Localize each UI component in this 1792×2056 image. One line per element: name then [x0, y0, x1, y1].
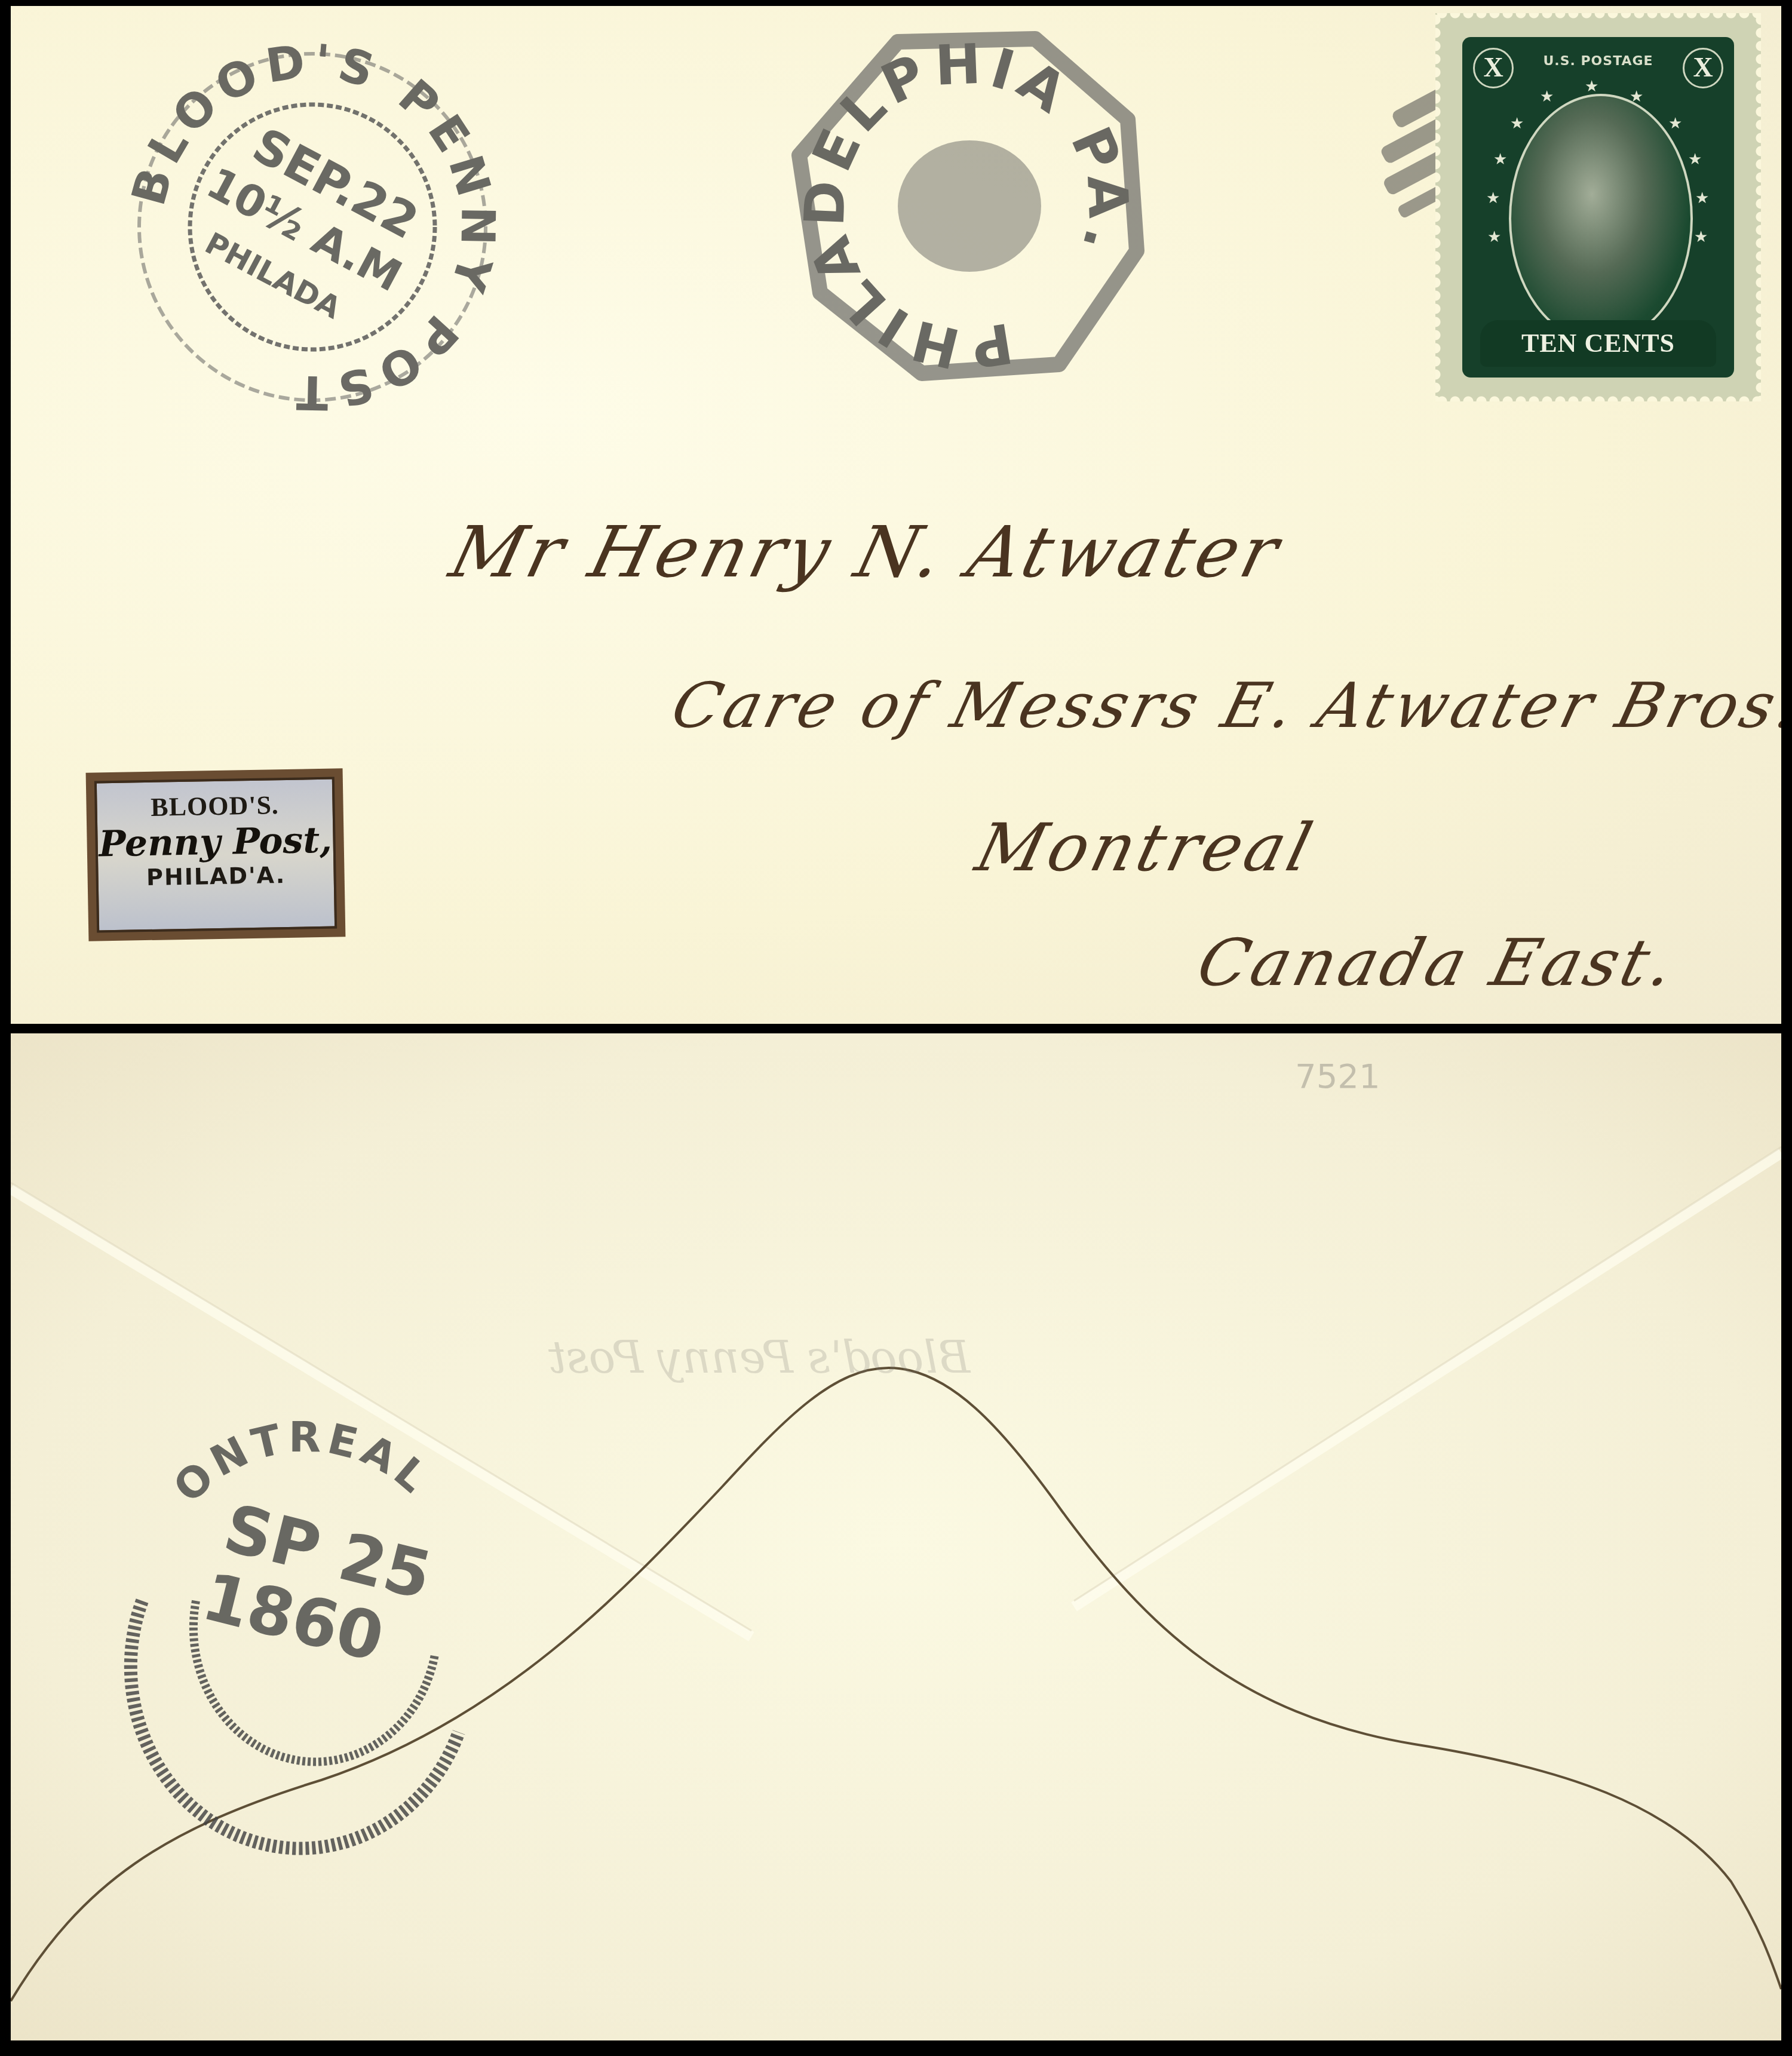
philadelphia-octagon-postmark: PHILADELPHIA PA. [784, 30, 1149, 382]
address-line-region: Canada East. [1190, 926, 1684, 1001]
label-line-2: Penny Post, [97, 820, 333, 866]
label-line-1: BLOOD'S. [97, 780, 333, 824]
pencil-notation: 7521 [1295, 1057, 1380, 1096]
cover-front: BLOOD'S PENNY POST SEP.22 10½ A.M PHILAD… [11, 6, 1781, 1024]
ten-cent-washington-stamp: X X U.S. POSTAGE ★ ★ ★ ★ ★ ★ ★ ★ ★ ★ ★ T… [1435, 13, 1761, 401]
label-line-3: PHILAD'A. [98, 861, 334, 892]
address-line-city: Montreal [969, 809, 1322, 886]
stamp-value-text: TEN CENTS [1480, 320, 1716, 367]
show-through-text: Blood's Penny Post [548, 1332, 970, 1383]
postmark-city-fragment: ONTREAL [164, 1413, 441, 1512]
bloods-penny-post-postmark: BLOOD'S PENNY POST SEP.22 10½ A.M PHILAD… [127, 42, 498, 412]
address-line-addressee: Mr Henry N. Atwater [443, 511, 1290, 593]
stamp-design: X X U.S. POSTAGE ★ ★ ★ ★ ★ ★ ★ ★ ★ ★ ★ T… [1462, 37, 1734, 378]
montreal-receiving-postmark: ONTREAL SP 25 1860 [100, 1374, 513, 1828]
cover-back: Blood's Penny Post 7521 ONTREAL SP 25 18… [11, 1033, 1781, 2040]
bloods-penny-post-label: BLOOD'S. Penny Post, PHILAD'A. [86, 768, 346, 941]
address-line-care-of: Care of Messrs E. Atwater Bros. [665, 669, 1781, 742]
washington-portrait [1509, 94, 1693, 343]
